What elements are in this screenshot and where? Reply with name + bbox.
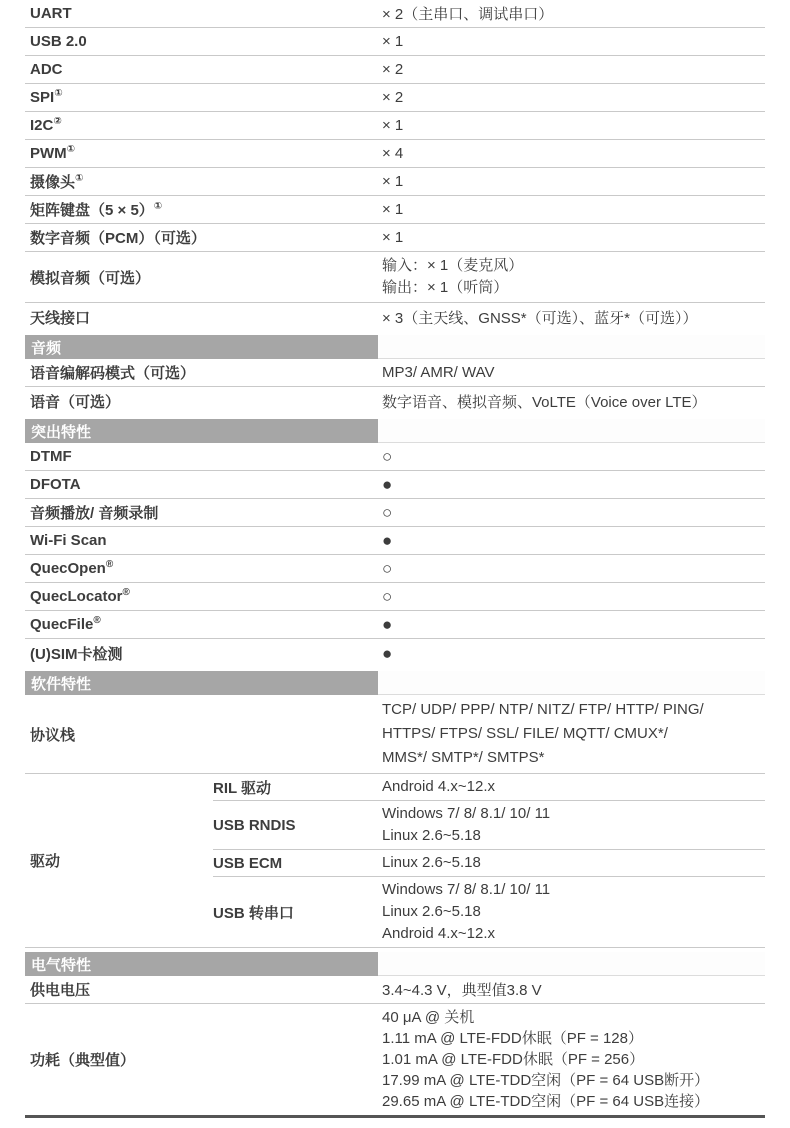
footnote-marker: ①: [154, 201, 162, 212]
row-label-text: SPI: [30, 89, 54, 106]
row-label-text: Wi-Fi Scan: [30, 532, 107, 549]
row-value: 40 μA @ 关机 1.11 mA @ LTE-FDD休眠（PF = 128）…: [378, 1004, 765, 1115]
row-label-text: 摄像头: [30, 174, 75, 191]
row-value: × 3（主天线、GNSS*（可选）、蓝牙*（可选））: [378, 304, 765, 331]
row-value: 数字语音、模拟音频、VoLTE（Voice over LTE）: [378, 388, 765, 415]
spec-row-uart: UART × 2（主串口、调试串口）: [25, 0, 765, 28]
row-label-text: DTMF: [30, 448, 72, 465]
row-label: 摄像头①: [25, 168, 378, 195]
row-value: × 1: [378, 226, 765, 249]
row-label-text: (U)SIM卡检测: [30, 646, 123, 663]
subrow-value: Windows 7/ 8/ 8.1/ 10/ 11 Linux 2.6~5.18: [378, 801, 765, 849]
spec-row-usb: USB 2.0 × 1: [25, 28, 765, 56]
value-line: MMS*/ SMTP*/ SMTPS*: [382, 746, 765, 770]
row-label-text: 数字音频（PCM）（可选）: [30, 230, 206, 247]
row-label-text: UART: [30, 5, 72, 22]
section-title: 音频: [25, 335, 378, 359]
section-header-spacer: [378, 335, 765, 359]
section-header-software: 软件特性: [25, 671, 765, 695]
subrow-value: Linux 2.6~5.18: [378, 850, 765, 876]
value-line: Android 4.x~12.x: [382, 923, 765, 945]
value-line: 1.01 mA @ LTE-FDD休眠（PF = 256）: [382, 1049, 765, 1070]
row-value: × 2: [378, 86, 765, 109]
feature-row-usim-detect: (U)SIM卡检测 ●: [25, 639, 765, 667]
row-label-text: 模拟音频（可选）: [30, 270, 150, 287]
row-label-text: 语音（可选）: [30, 394, 120, 411]
subrow-label: USB 转串口: [213, 900, 378, 925]
value-line: Windows 7/ 8/ 8.1/ 10/ 11: [382, 879, 765, 901]
row-label: 模拟音频（可选）: [25, 264, 378, 291]
footnote-marker: ①: [54, 88, 62, 99]
row-value: × 4: [378, 142, 765, 165]
footnote-marker: ②: [53, 116, 61, 127]
spec-table: UART × 2（主串口、调试串口） USB 2.0 × 1 ADC × 2 S…: [25, 0, 765, 1118]
section-header-spacer: [378, 952, 765, 976]
row-value: × 1: [378, 198, 765, 221]
value-line: 1.11 mA @ LTE-FDD休眠（PF = 128）: [382, 1028, 765, 1049]
row-label-text: QuecOpen: [30, 560, 106, 577]
row-label: 矩阵键盘（5 × 5）①: [25, 196, 378, 223]
driver-subrow-usb-serial: USB 转串口 Windows 7/ 8/ 8.1/ 10/ 11 Linux …: [213, 876, 765, 947]
row-value: TCP/ UDP/ PPP/ NTP/ NITZ/ FTP/ HTTP/ PIN…: [378, 695, 765, 773]
section-header-audio: 音频: [25, 335, 765, 359]
row-label-text: 音频播放/ 音频录制: [30, 505, 158, 522]
row-label: SPI①: [25, 86, 378, 109]
spec-row-analog-audio: 模拟音频（可选） 输入：× 1（麦克风） 输出：× 1（听筒）: [25, 252, 765, 303]
footnote-marker: ①: [67, 144, 75, 155]
driver-subrow-rndis: USB RNDIS Windows 7/ 8/ 8.1/ 10/ 11 Linu…: [213, 800, 765, 849]
row-label-text: 语音编解码模式（可选）: [30, 365, 195, 382]
value-line: Android 4.x~12.x: [382, 776, 765, 798]
row-label: 音频播放/ 音频录制: [25, 499, 378, 526]
row-label: ADC: [25, 58, 378, 81]
drivers-subtable: RIL 驱动 Android 4.x~12.x USB RNDIS Window…: [213, 774, 765, 947]
support-status-icon: ●: [378, 613, 765, 636]
spec-row-spi: SPI① × 2: [25, 84, 765, 112]
section-header-spacer: [378, 671, 765, 695]
row-value: × 1: [378, 170, 765, 193]
row-label: 数字音频（PCM）（可选）: [25, 224, 378, 251]
spec-row-supply-voltage: 供电电压 3.4~4.3 V，典型值3.8 V: [25, 976, 765, 1004]
support-status-icon: ○: [378, 585, 765, 608]
feature-row-quecfile: QuecFile® ●: [25, 611, 765, 639]
row-label-text: 天线接口: [30, 310, 90, 327]
row-label-text: 矩阵键盘（5 × 5）: [30, 202, 154, 219]
row-label: 供电电压: [25, 976, 378, 1003]
subrow-value: Windows 7/ 8/ 8.1/ 10/ 11 Linux 2.6~5.18…: [378, 877, 765, 947]
value-line: TCP/ UDP/ PPP/ NTP/ NITZ/ FTP/ HTTP/ PIN…: [382, 698, 765, 722]
value-line: HTTPS/ FTPS/ SSL/ FILE/ MQTT/ CMUX*/: [382, 722, 765, 746]
registered-mark: ®: [123, 587, 130, 598]
row-label: 协议栈: [25, 721, 378, 748]
spec-row-keypad: 矩阵键盘（5 × 5）① × 1: [25, 196, 765, 224]
spec-row-drivers: 驱动 RIL 驱动 Android 4.x~12.x USB RNDIS Win…: [25, 774, 765, 948]
driver-subrow-ecm: USB ECM Linux 2.6~5.18: [213, 849, 765, 876]
row-value: × 2: [378, 58, 765, 81]
row-label-text: USB 2.0: [30, 33, 87, 50]
spec-row-codec: 语音编解码模式（可选） MP3/ AMR/ WAV: [25, 359, 765, 387]
row-label-text: 协议栈: [30, 727, 75, 744]
subrow-label: USB ECM: [213, 853, 378, 874]
row-value: × 1: [378, 30, 765, 53]
row-value: × 1: [378, 114, 765, 137]
registered-mark: ®: [93, 615, 100, 626]
row-label: Wi-Fi Scan: [25, 529, 378, 552]
row-label: 语音编解码模式（可选）: [25, 359, 378, 386]
row-label: 功耗（典型值）: [25, 1046, 378, 1073]
row-label-text: ADC: [30, 61, 63, 78]
row-value: 输入：× 1（麦克风） 输出：× 1（听筒）: [378, 252, 765, 302]
feature-row-dfota: DFOTA ●: [25, 471, 765, 499]
spec-row-adc: ADC × 2: [25, 56, 765, 84]
value-line: Windows 7/ 8/ 8.1/ 10/ 11: [382, 803, 765, 825]
row-label: 天线接口: [25, 304, 378, 331]
spec-row-i2c: I2C② × 1: [25, 112, 765, 140]
section-header-spacer: [378, 419, 765, 443]
section-title: 突出特性: [25, 419, 378, 443]
value-line: Linux 2.6~5.18: [382, 852, 765, 874]
spec-row-camera: 摄像头① × 1: [25, 168, 765, 196]
row-label: (U)SIM卡检测: [25, 640, 378, 667]
subrow-label: USB RNDIS: [213, 815, 378, 836]
value-line: 输入：× 1（麦克风）: [382, 255, 765, 277]
spec-row-pcm: 数字音频（PCM）（可选） × 1: [25, 224, 765, 252]
section-header-features: 突出特性: [25, 419, 765, 443]
feature-row-dtmf: DTMF ○: [25, 443, 765, 471]
subrow-label: RIL 驱动: [213, 775, 378, 800]
feature-row-queclocator: QuecLocator® ○: [25, 583, 765, 611]
feature-row-wifi-scan: Wi-Fi Scan ●: [25, 527, 765, 555]
row-label: DFOTA: [25, 473, 378, 496]
row-label-text: 功耗（典型值）: [30, 1052, 135, 1069]
value-line: 输出：× 1（听筒）: [382, 277, 765, 299]
row-label: DTMF: [25, 445, 378, 468]
spec-row-protocol-stack: 协议栈 TCP/ UDP/ PPP/ NTP/ NITZ/ FTP/ HTTP/…: [25, 695, 765, 774]
feature-row-audio-playback: 音频播放/ 音频录制 ○: [25, 499, 765, 527]
value-line: 29.65 mA @ LTE-TDD空闲（PF = 64 USB连接）: [382, 1091, 765, 1112]
section-header-electrical: 电气特性: [25, 952, 765, 976]
support-status-icon: ●: [378, 473, 765, 496]
spec-row-pwm: PWM① × 4: [25, 140, 765, 168]
row-label-text: QuecFile: [30, 616, 93, 633]
footnote-marker: ①: [75, 173, 83, 184]
row-label: 驱动: [25, 774, 213, 947]
section-title: 软件特性: [25, 671, 378, 695]
support-status-icon: ○: [378, 445, 765, 468]
section-title: 电气特性: [25, 952, 378, 976]
value-line: 40 μA @ 关机: [382, 1007, 765, 1028]
subrow-value: Android 4.x~12.x: [378, 774, 765, 800]
registered-mark: ®: [106, 559, 113, 570]
row-label: 语音（可选）: [25, 388, 378, 415]
row-label: PWM①: [25, 142, 378, 165]
row-value: 3.4~4.3 V，典型值3.8 V: [378, 976, 765, 1003]
row-label-text: DFOTA: [30, 476, 81, 493]
row-label-text: PWM: [30, 145, 67, 162]
driver-subrow-ril: RIL 驱动 Android 4.x~12.x: [213, 774, 765, 800]
spec-row-power-consumption: 功耗（典型值） 40 μA @ 关机 1.11 mA @ LTE-FDD休眠（P…: [25, 1004, 765, 1115]
row-label: QuecFile®: [25, 613, 378, 636]
row-label-text: 供电电压: [30, 982, 90, 999]
support-status-icon: ●: [378, 642, 765, 665]
row-label-text: I2C: [30, 117, 53, 134]
spec-row-antenna: 天线接口 × 3（主天线、GNSS*（可选）、蓝牙*（可选））: [25, 303, 765, 331]
row-value: MP3/ AMR/ WAV: [378, 361, 765, 384]
row-label-text: QuecLocator: [30, 588, 123, 605]
row-label: USB 2.0: [25, 30, 378, 53]
row-label: QuecLocator®: [25, 585, 378, 608]
value-line: 17.99 mA @ LTE-TDD空闲（PF = 64 USB断开）: [382, 1070, 765, 1091]
spec-row-voice: 语音（可选） 数字语音、模拟音频、VoLTE（Voice over LTE）: [25, 387, 765, 415]
value-line: Linux 2.6~5.18: [382, 901, 765, 923]
row-label: QuecOpen®: [25, 557, 378, 580]
feature-row-quecopen: QuecOpen® ○: [25, 555, 765, 583]
row-value: × 2（主串口、调试串口）: [378, 0, 765, 27]
support-status-icon: ○: [378, 557, 765, 580]
row-label: I2C②: [25, 114, 378, 137]
support-status-icon: ●: [378, 529, 765, 552]
row-label: UART: [25, 2, 378, 25]
value-line: Linux 2.6~5.18: [382, 825, 765, 847]
support-status-icon: ○: [378, 501, 765, 524]
